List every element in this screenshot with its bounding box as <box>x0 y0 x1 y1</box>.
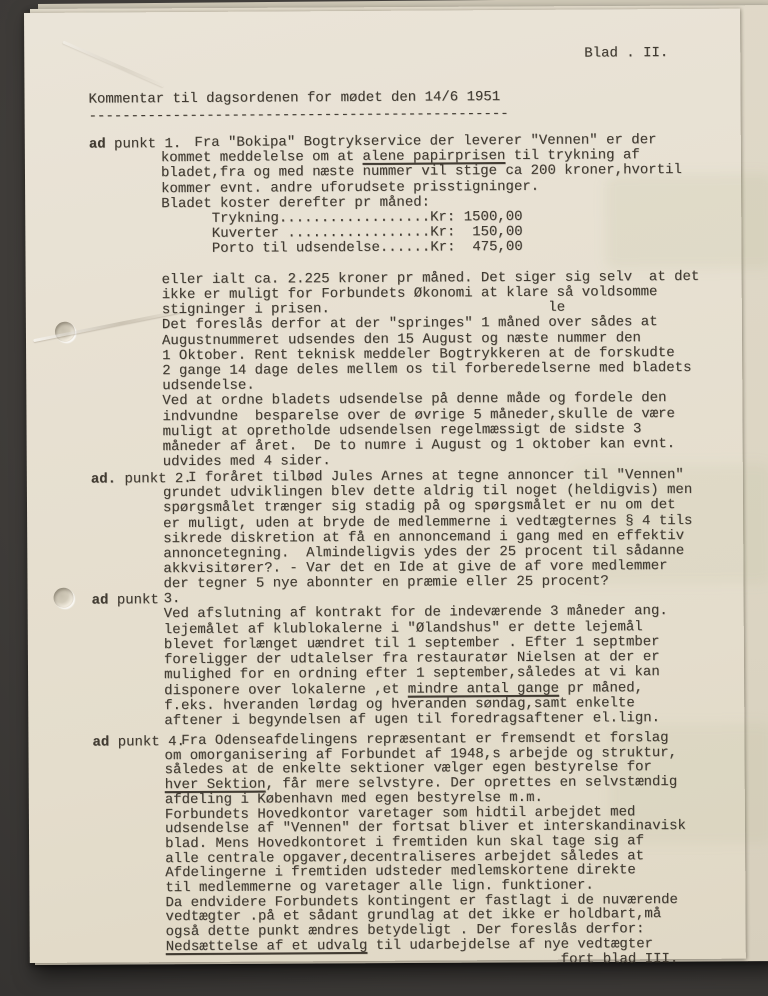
crease-mark-corner <box>62 41 164 88</box>
section-body-punkt1: Fra "Bokipa" Bogtrykservice der leverer … <box>161 133 738 471</box>
document-title-block: Kommentar til dagsordenen for mødet den … <box>88 89 508 126</box>
label-prefix: ad <box>92 734 109 750</box>
label-rest: punkt <box>108 592 159 608</box>
body-text: I foråret tilbød Jules Arnes at tegne an… <box>163 467 693 593</box>
body-text: Fra Odenseafdelingens repræsentant er fr… <box>164 730 677 778</box>
sheet-number: Blad . II. <box>584 45 668 62</box>
body-text: , får mere selvstyre. Der oprettes en se… <box>165 774 686 940</box>
label-prefix: ad. <box>91 471 116 487</box>
title-underline: ----------------------------------------… <box>89 106 509 126</box>
label-prefix: ad <box>89 137 106 153</box>
section-body-punkt2: I foråret tilbød Jules Arnes at tegne an… <box>163 468 739 593</box>
body-text: til trykning af bladet,fra og med næste … <box>161 147 699 470</box>
section-body-punkt4: Fra Odenseafdelingens repræsentant er fr… <box>164 731 740 970</box>
section-body-punkt3: 3. Ved afslutning af kontrakt for de ind… <box>164 589 740 730</box>
desk-background: Blad . II. Kommentar til dagsordenen for… <box>0 0 768 996</box>
label-prefix: ad <box>92 592 109 608</box>
punch-hole-bottom <box>54 588 74 608</box>
section-label-punkt3: ad punkt <box>92 592 159 608</box>
document-sheet: Blad . II. Kommentar til dagsordenen for… <box>24 9 746 963</box>
